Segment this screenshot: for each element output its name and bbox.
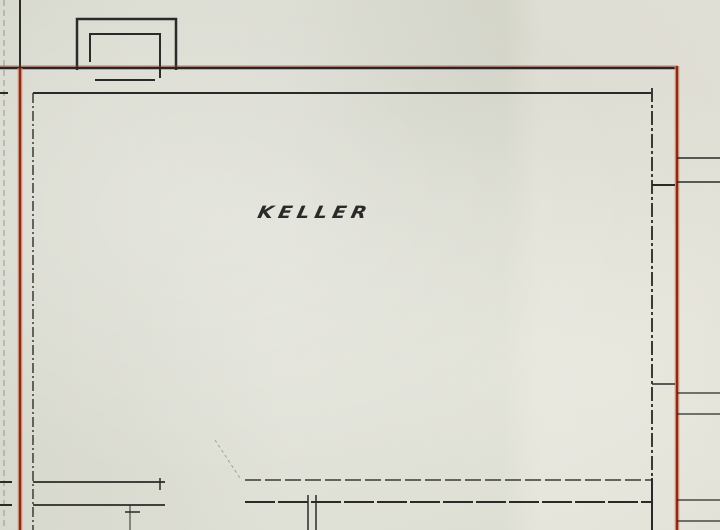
floor-plan-drawing (0, 0, 720, 530)
floor-plan-sheet: KELLER (0, 0, 720, 530)
bottom-wall-lines (0, 440, 652, 530)
chimney-outline (77, 19, 176, 80)
inner-wall (0, 88, 675, 530)
room-label-keller: KELLER (256, 202, 374, 222)
outer-wall (0, 66, 678, 530)
right-dimension-lines (677, 158, 720, 521)
